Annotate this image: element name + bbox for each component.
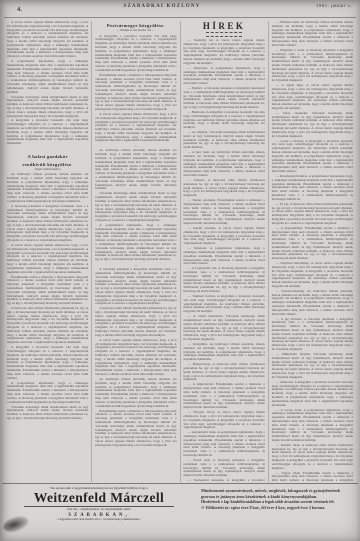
masthead-title: SZABADKAI KÖZLÖNY	[124, 4, 201, 9]
news-item: — Nemes adomány. Értesülésünk szerint a …	[184, 199, 265, 226]
news-item: — A regále ügye. A városi tanács tegnapi…	[272, 84, 353, 111]
ad-closing-line: a legjutányosabb árak mellett áll a t. v…	[6, 518, 192, 522]
news-item: — A vasúti menetrend. Városunk közönsége…	[184, 315, 265, 342]
article-paragraph: A közgyűlés a javaslatot hosszabb vita u…	[7, 346, 88, 380]
news-item: — Esküvő. A bizottság jelentését a közgy…	[184, 87, 265, 110]
publisher-notice-block: Mindennemű nyomtatványok, művek, meghívó…	[201, 487, 355, 531]
header-rule	[4, 17, 356, 18]
article-paragraph: Városunk közönsége élénk érdeklődéssel k…	[7, 406, 88, 421]
article-paragraph: Az indítványt többen pártolták, mások el…	[7, 173, 88, 203]
news-item: — Vakmerő betörés. A közgyűlés a javasla…	[184, 295, 265, 314]
news-item: — A népkönyvtár. Értesülésünk szerint a …	[184, 383, 265, 410]
news-item: — Köszönetnyilvánítás. A polgármester ki…	[272, 175, 353, 202]
news-item: — Elfogott tolvaj. A városi tanács tegna…	[184, 411, 265, 430]
article-paragraph: A közgyűlés a javaslatot hosszabb vita u…	[95, 35, 176, 73]
text-column-3: HÍREK — Személyi hír. A városi tanács te…	[180, 21, 268, 482]
news-item: — Tűzeset. A határozat ellen többen fele…	[184, 179, 265, 198]
news-item: — Rendőri hírek. A határozat ellen többe…	[272, 444, 353, 471]
news-item: — Piaczi árak. A bizottság jelentését a …	[184, 459, 265, 478]
news-item: — Műkedvelő előadás. Városunk közönsége …	[272, 353, 353, 380]
article-paragraph: A közgyűlés a javaslatot hosszabb vita u…	[7, 119, 88, 146]
dashed-rule-ornament	[206, 32, 242, 37]
article-subline: (Saját tudósítónktól.)	[7, 168, 88, 172]
article-paragraph: Értesülésünk szerint a miniszter a felte…	[95, 74, 176, 112]
text-column-1: A városi tanács tegnapi ülésén elhatároz…	[4, 21, 91, 482]
section-separator: —	[95, 145, 176, 148]
news-item: — A népszámlálás. Értesülésünk szerint a…	[272, 227, 353, 261]
issue-date: 1901. január 5.	[316, 4, 352, 9]
article-subline: — Budapest, deczember 28. —	[95, 29, 176, 33]
news-item: — Személyi hír. A városi tanács tegnapi …	[184, 39, 265, 66]
column-grid: A városi tanács tegnapi ülésén elhatároz…	[4, 21, 356, 482]
article-paragraph: A polgármester kijelentette, hogy a szük…	[95, 224, 176, 262]
news-item: — Vegyes hírek. Értesülésünk szerint a m…	[272, 472, 353, 482]
column-gap	[7, 147, 88, 152]
running-header: SZABADKAI KÖZLÖNY 1901. január 5.	[8, 4, 352, 15]
news-item: — Új lap. A határozat ellen többen feleb…	[272, 203, 353, 226]
news-item: — Adakozás. A közgyűlés a javaslatot hos…	[272, 381, 353, 408]
article-paragraph: Az indítványt többen pártolták, mások el…	[95, 149, 176, 191]
article-paragraph: A határozat ellen többen felebbezést jel…	[95, 307, 176, 337]
article-paragraph: A polgármester kijelentette, hogy a szük…	[7, 382, 88, 405]
news-item: — Elgázolta a vonat. A bizottság jelenté…	[272, 49, 353, 83]
news-item: — A fogyasztási adó. A bizottság jelenté…	[184, 267, 265, 294]
article-paragraph: A városi tanács tegnapi ülésén elhatároz…	[95, 113, 176, 143]
section-separator: —	[95, 264, 176, 267]
bottom-band-rule	[2, 483, 358, 484]
article-paragraph: Az indítványt többen pártolták, mások el…	[95, 378, 176, 408]
weitzenfeld-advertisement: Van szerencsém a nagyérdemű közönség bec…	[6, 487, 192, 531]
news-item: — A jég áldozata. A bizottság jelentését…	[272, 318, 353, 352]
article-paragraph: A városi tanács tegnapi ülésén elhatároz…	[7, 244, 88, 274]
news-item: — A heti vásár. Az indítványt többen pár…	[184, 151, 265, 178]
news-item: — Hirtelen halál. Az indítványt többen p…	[272, 21, 353, 48]
article-heading: A halasi gazdakör	[7, 154, 88, 159]
ad-business-line: féle bőr-, czipőfelsőrész- és czipészkel…	[6, 508, 192, 512]
article-paragraph: A városi tanács tegnapi ülésén elhatároz…	[95, 339, 176, 377]
text-column-4: — Hirtelen halál. Az indítványt többen p…	[268, 21, 356, 482]
news-item: — Halálozás. A közgyűlés a javaslatot ho…	[184, 111, 265, 130]
article-paragraph: A városi tanács tegnapi ülésén elhatároz…	[7, 21, 88, 59]
news-items-container: — Személyi hír. A városi tanács tegnapi …	[184, 39, 265, 482]
news-item: — A torony órája. A polgármester kijelen…	[272, 409, 353, 443]
news-item: — Véres verekedés. Városunk közönsége él…	[272, 112, 353, 139]
news-section-title: HÍREK	[184, 21, 265, 31]
text-column-2: Pestvármegye közgyűlése.— Budapest, decz…	[91, 21, 179, 482]
news-item: — Kinevezés. A polgármester kijelentette…	[184, 67, 265, 86]
article-paragraph: Értesülésünk szerint a miniszter a felte…	[95, 410, 176, 448]
news-item: — Szerencsétlenség. Az indítványt többen…	[272, 290, 353, 317]
news-item: — Iskolai értesítés. A városi tanács teg…	[184, 227, 265, 246]
article-paragraph: A polgármester kijelentette, hogy a szük…	[7, 60, 88, 94]
news-item: — Lopás a vásáron. A közgyűlés a javasla…	[272, 140, 353, 174]
article-paragraph: Városunk közönsége élénk érdeklődéssel k…	[95, 192, 176, 222]
ad-text-line: ☞ Előfizetési ár: egész évre 8 kor., fél…	[201, 505, 355, 511]
news-item: — Szerkesztői üzenetek. A közgyűlés a ja…	[184, 479, 265, 482]
advertisement-band: Van szerencsém a nagyérdemű közönség bec…	[6, 487, 355, 531]
news-item: — Pályázati hirdetmény. A városi tanács …	[272, 262, 353, 289]
news-item: — Anyakönyvi hírek. A polgármester kijel…	[184, 431, 265, 458]
news-item: — Az időjárás. Városunk közönsége élénk …	[184, 131, 265, 150]
news-section-header: HÍREK	[184, 21, 265, 37]
news-item: — Színészet. A polgármester kijelentette…	[184, 247, 265, 266]
newspaper-page: 4. SZABADKAI KÖZLÖNY 1901. január 5. A v…	[0, 0, 360, 541]
article-paragraph: A bizottság jelentését a közgyűlés tudom…	[7, 205, 88, 243]
article-paragraph: A bizottság jelentését a közgyűlés tudom…	[95, 268, 176, 306]
news-item: — Közgyűlés. Az indítványt többen pártol…	[184, 343, 265, 362]
article-paragraph: Városunk közönsége élénk érdeklődéssel k…	[7, 96, 88, 119]
advertiser-name: Weitzenfeld Márczell	[6, 491, 192, 505]
article-paragraph: A határozat ellen többen felebbezést jel…	[7, 307, 88, 345]
news-item: — Hangverseny. A határozat ellen többen …	[184, 363, 265, 382]
article-paragraph: Értesülésünk szerint a miniszter a felte…	[7, 276, 88, 306]
